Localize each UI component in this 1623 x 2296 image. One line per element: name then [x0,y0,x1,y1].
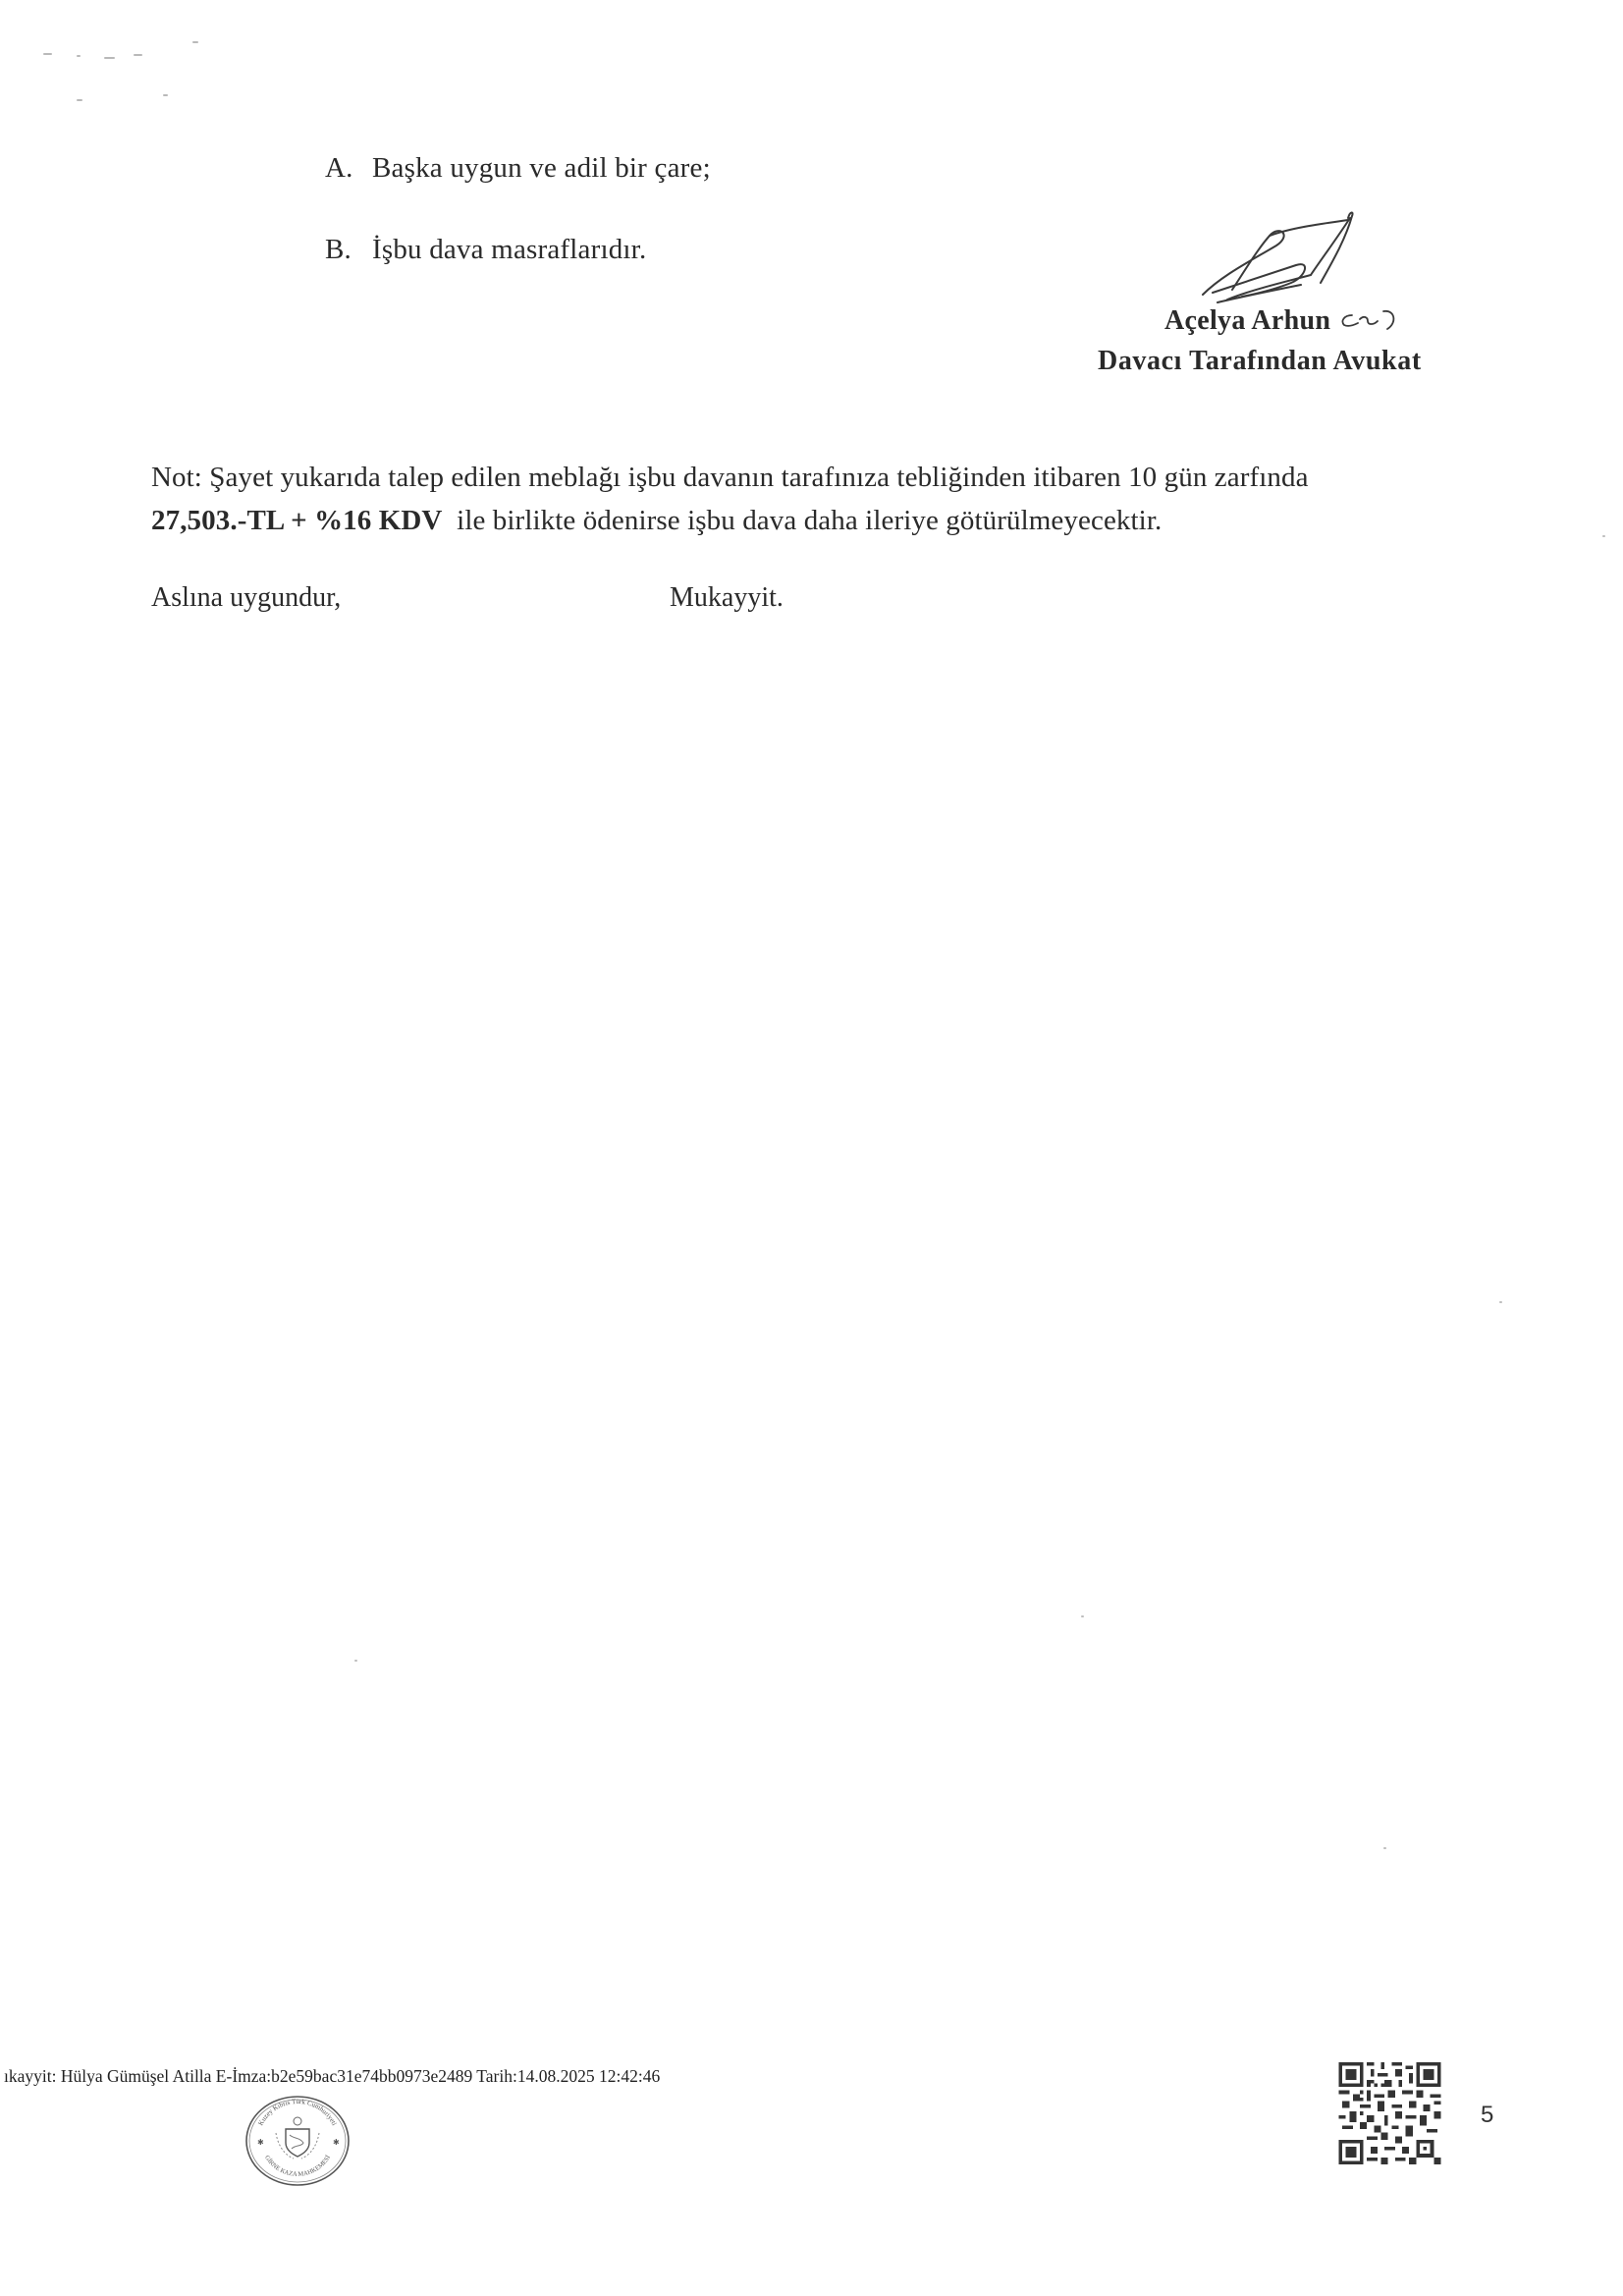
svg-text:✱: ✱ [333,2138,340,2147]
page-number: 5 [1481,2102,1493,2129]
signer-name-text: Açelya Arhun [1164,305,1330,336]
remedy-text: İşbu dava masraflarıdır. [372,234,646,265]
note-line-2: 27,503.-TL + %16 KDV ile birlikte ödenir… [151,505,1162,537]
svg-text:✱: ✱ [257,2138,264,2147]
svg-text:GİRNE KAZA MAHKEMESİ: GİRNE KAZA MAHKEMESİ [263,2155,332,2178]
remedy-item-a: A.Başka uygun ve adil bir çare; [325,152,711,185]
scan-artifacts [0,0,255,118]
svg-text:Kuzey Kıbrıs Türk Cumhuriyeti: Kuzey Kıbrıs Türk Cumhuriyeti [257,2098,339,2127]
court-seal-icon: Kuzey Kıbrıs Türk Cumhuriyeti GİRNE KAZA… [243,2094,352,2188]
settlement-amount: 27,503.-TL + %16 KDV [151,505,442,536]
note-line-1: Not: Şayet yukarıda talep edilen meblağı… [151,462,1309,494]
certification-registrar: Mukayyit. [670,582,784,614]
scan-artifact [354,1660,357,1662]
certification-true-copy: Aslına uygundur, [151,582,341,614]
signer-name: Açelya Arhun [1164,305,1399,337]
scan-artifact [1383,1847,1386,1849]
scan-artifact [1499,1301,1502,1303]
signature-flourish [1338,305,1399,333]
handwritten-signature [1183,206,1380,319]
remedy-item-b: B.İşbu dava masraflarıdır. [325,234,646,266]
remedy-text: Başka uygun ve adil bir çare; [372,152,711,184]
scan-artifact [1602,535,1605,537]
remedy-letter: A. [325,152,372,185]
signer-role: Davacı Tarafından Avukat [1098,346,1422,377]
remedy-letter: B. [325,234,372,266]
note-line-2-text: ile birlikte ödenirse işbu dava daha ile… [442,505,1162,536]
verification-qr-code[interactable] [1338,2062,1441,2164]
scan-artifact [1081,1615,1084,1617]
e-signature-line: ıkayyit: Hülya Gümüşel Atilla E-İmza:b2e… [4,2066,660,2087]
